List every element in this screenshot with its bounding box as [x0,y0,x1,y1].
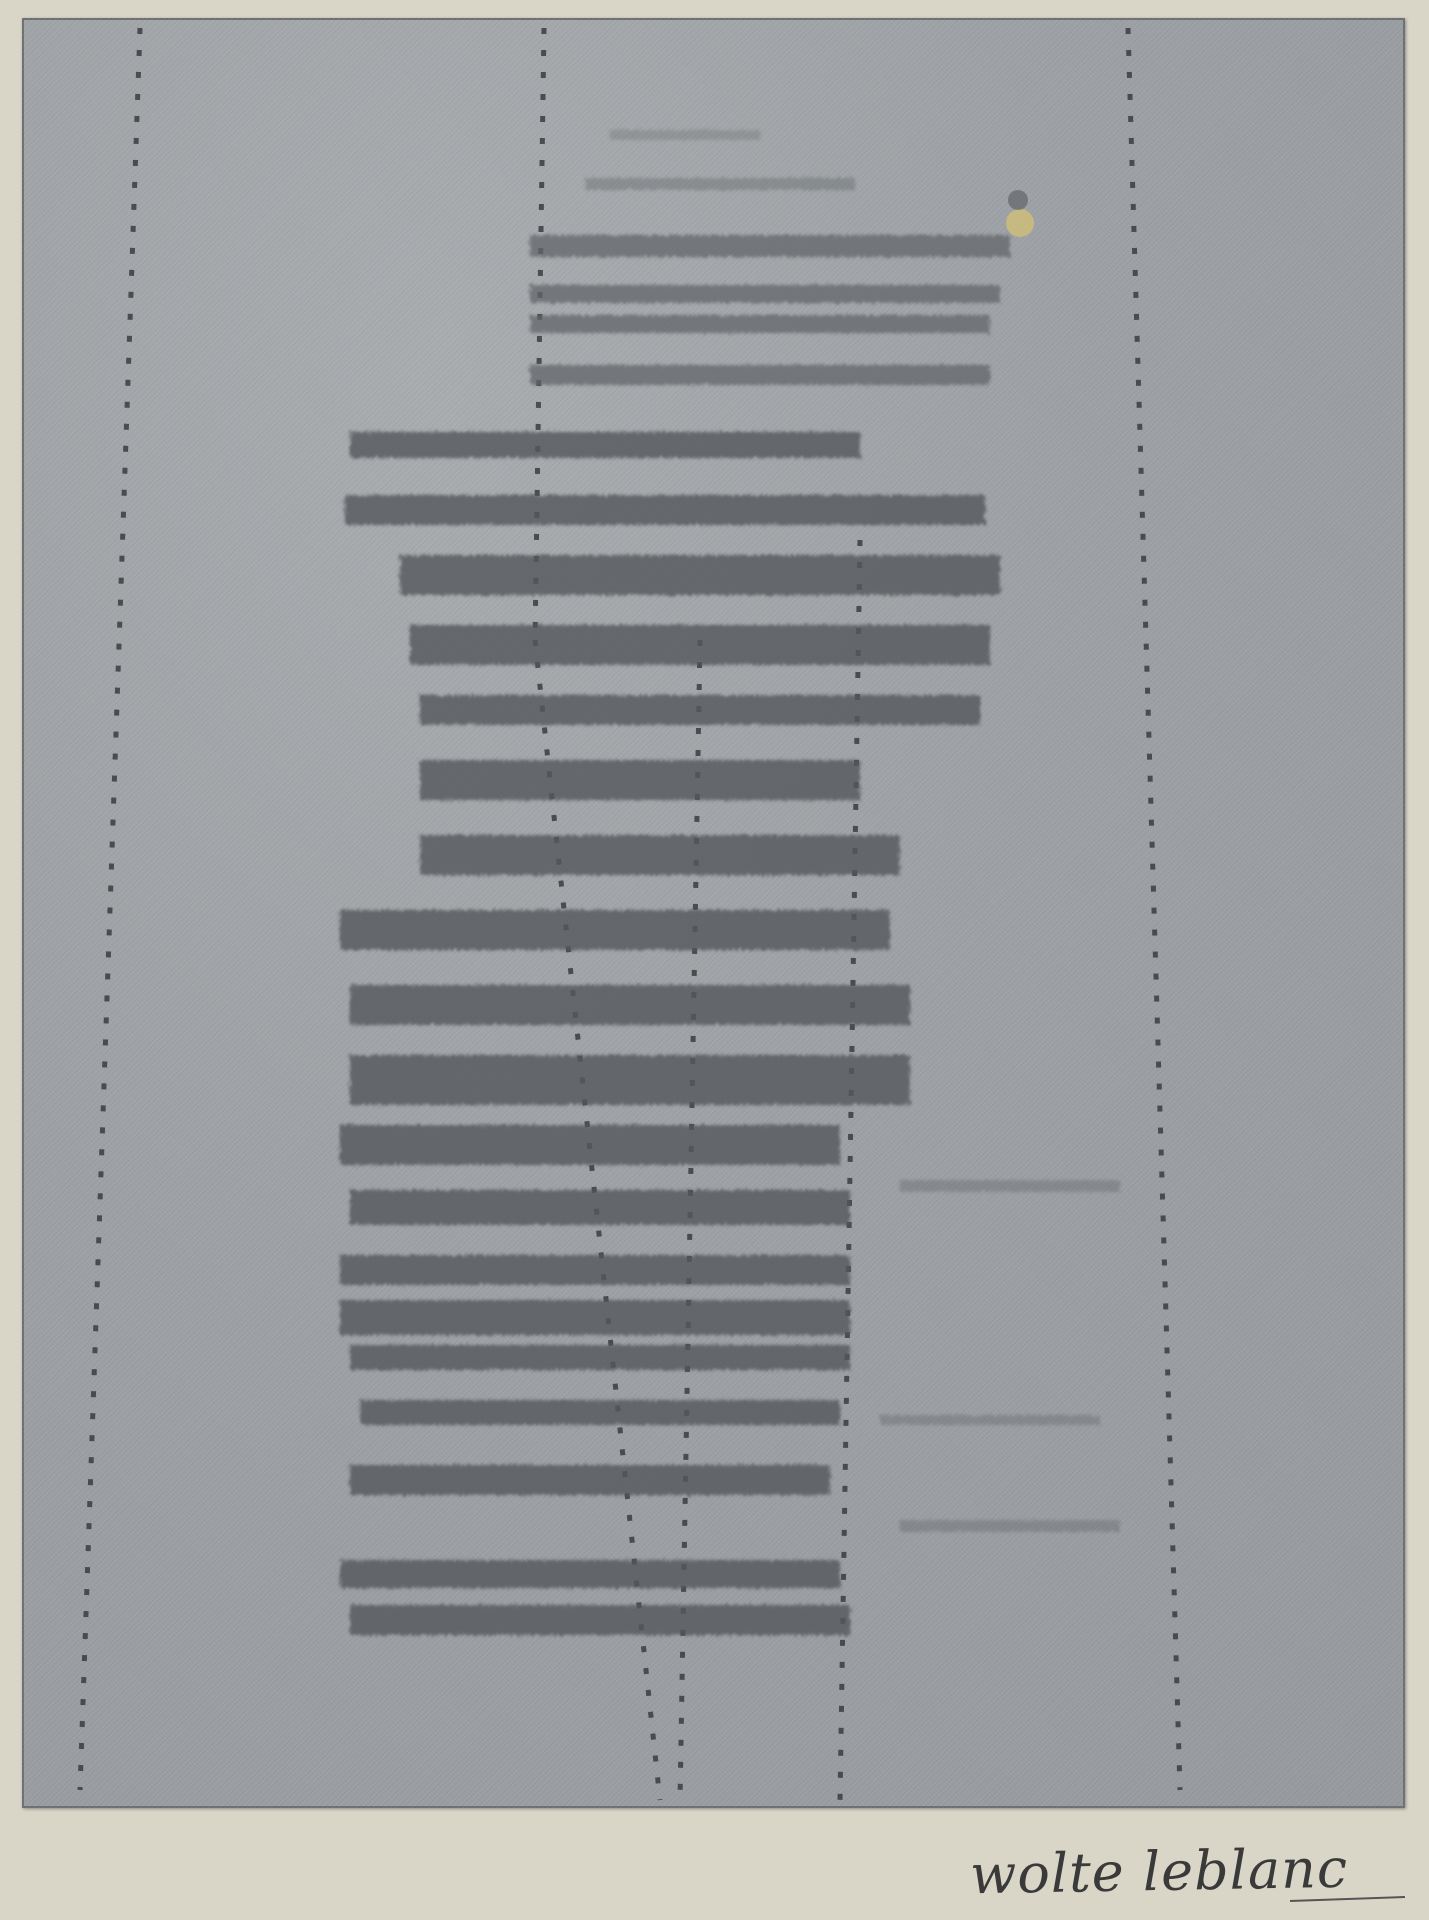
text-bands-main [340,432,1000,1635]
text-bands-upper [530,130,1010,385]
stain-mark [1006,209,1034,237]
text-bands-faint [880,1180,1120,1532]
artwork-marks [0,0,1429,1920]
artist-signature: wolte leblanc [969,1837,1348,1907]
